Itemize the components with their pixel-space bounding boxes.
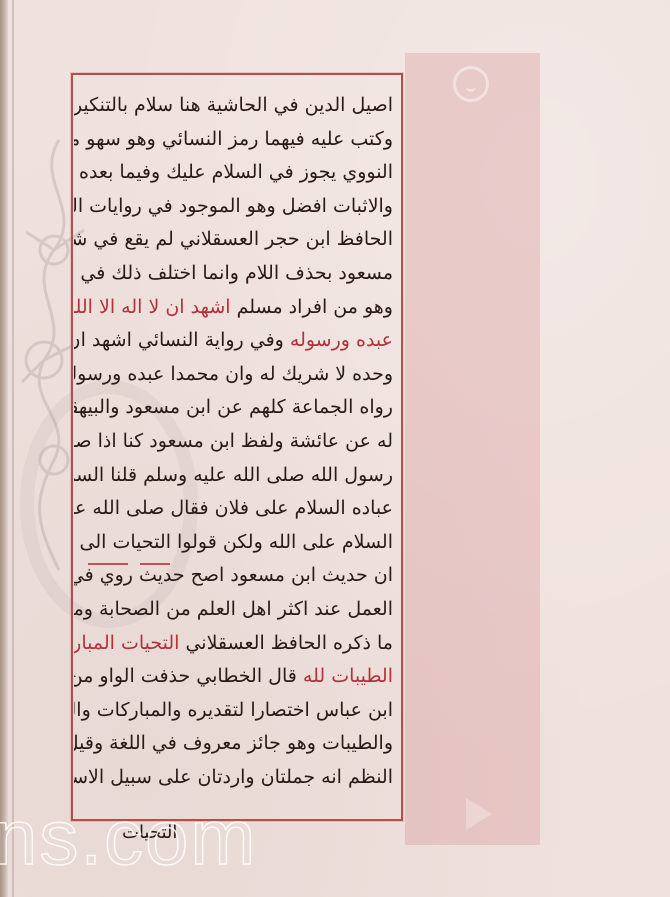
manuscript-text-block: اصيل الدين في الحاشية هنا سلام بالتنكير … — [74, 89, 395, 794]
text-line-1: اصيل الدين في الحاشية هنا سلام بالتنكير … — [74, 89, 395, 123]
text-segment: وكتب عليه فيهما رمز النسائي وهو سهو منه … — [74, 128, 393, 150]
text-line-11: له عن عائشة ولفظ ابن مسعود كنا اذا صلينا… — [74, 425, 395, 459]
text-line-18: الطيبات لله قال الخطابي حذفت الواو من حد… — [74, 660, 395, 694]
text-segment: النووي يجوز في السلام عليك وفيما بعده حذ… — [74, 161, 393, 183]
watermark-play-icon — [466, 798, 492, 830]
manuscript-page: اصيل الدين في الحاشية هنا سلام بالتنكير … — [0, 0, 670, 897]
text-segment: وهو من افراد مسلم — [231, 296, 393, 318]
text-segment: ان حديث ابن مسعود اصح حديث روي في التشهد… — [74, 564, 393, 586]
text-line-2: وكتب عليه فيهما رمز النسائي وهو سهو منه … — [74, 123, 395, 157]
text-segment: ابن عباس اختصارا لتقديره والمباركات والص… — [74, 699, 393, 721]
text-line-12: رسول الله صلى الله عليه وسلم قلنا السلام… — [74, 459, 395, 493]
text-segment: والاثبات افضل وهو الموجود في روايات الصح… — [74, 195, 393, 217]
text-line-6: مسعود بحذف اللام وانما اختلف ذلك في حديث… — [74, 257, 395, 291]
text-segment: وحده لا شريك له وان محمدا عبده ورسوله — [74, 363, 393, 385]
text-line-4: والاثبات افضل وهو الموجود في روايات الصح… — [74, 190, 395, 224]
text-line-10: رواه الجماعة كلهم عن ابن مسعود والبيهقي … — [74, 391, 395, 425]
text-line-15: ان حديث ابن مسعود اصح حديث روي في التشهد… — [74, 559, 395, 593]
text-segment: مسعود بحذف اللام وانما اختلف ذلك في حديث… — [74, 262, 393, 284]
text-segment: رسول الله صلى الله عليه وسلم قلنا السلام… — [74, 464, 393, 486]
text-segment: رواه الجماعة كلهم عن ابن مسعود والبيهقي … — [74, 396, 393, 418]
text-segment: الحافظ ابن حجر العسقلاني لم يقع في شيء م… — [74, 228, 393, 250]
site-watermark-text: ns.com — [0, 798, 257, 876]
binding-edge — [0, 0, 8, 897]
text-line-21: النظم انه جملتان واردتان على سبيل الاستي… — [74, 761, 395, 795]
rubric-text: الطيبات لله — [303, 665, 393, 687]
rubric-text: التحيات المباركات الصلوات — [74, 632, 179, 654]
text-segment: وفي رواية النسائي اشهد ان لا اله الا الل… — [74, 329, 290, 351]
watermark-band — [405, 53, 540, 845]
watermark-logo-icon — [453, 66, 489, 102]
rubric-text: اشهد ان لا اله الا الله واشهد ان محمدا — [74, 296, 231, 318]
text-line-16: العمل عند اكثر اهل العلم من الصحابة ومن … — [74, 593, 395, 627]
text-line-9: وحده لا شريك له وان محمدا عبده ورسوله ع … — [74, 358, 395, 392]
text-segment: قال الخطابي حذفت الواو من حديث — [74, 665, 303, 687]
text-line-3: النووي يجوز في السلام عليك وفيما بعده حذ… — [74, 156, 395, 190]
text-segment: والطيبات وهو جائز معروف في اللغة وقيل في… — [74, 732, 393, 754]
text-line-8: عبده ورسوله وفي رواية النسائي اشهد ان لا… — [74, 324, 395, 358]
text-segment: السلام على الله ولكن قولوا التحيات الى ا… — [74, 531, 393, 553]
text-line-19: ابن عباس اختصارا لتقديره والمباركات والص… — [74, 694, 395, 728]
text-line-20: والطيبات وهو جائز معروف في اللغة وقيل في… — [74, 727, 395, 761]
text-segment: عباده السلام على فلان فقال صلى الله عليه… — [74, 497, 393, 519]
text-line-7: وهو من افراد مسلم اشهد ان لا اله الا الل… — [74, 291, 395, 325]
text-segment: ما ذكره الحافظ العسقلاني — [179, 632, 393, 654]
text-segment: له عن عائشة ولفظ ابن مسعود كنا اذا صلينا… — [74, 430, 393, 452]
text-segment: العمل عند اكثر اهل العلم من الصحابة ومن … — [74, 598, 393, 620]
text-line-5: الحافظ ابن حجر العسقلاني لم يقع في شيء م… — [74, 223, 395, 257]
text-line-13: عباده السلام على فلان فقال صلى الله عليه… — [74, 492, 395, 526]
rubric-text: عبده ورسوله — [290, 329, 393, 351]
text-segment: النظم انه جملتان واردتان على سبيل الاستي… — [74, 766, 393, 788]
text-line-14: السلام على الله ولكن قولوا التحيات الى ا… — [74, 526, 395, 560]
text-segment: اصيل الدين في الحاشية هنا سلام بالتنكير … — [74, 94, 393, 116]
text-line-17: ما ذكره الحافظ العسقلاني التحيات المبارك… — [74, 627, 395, 661]
